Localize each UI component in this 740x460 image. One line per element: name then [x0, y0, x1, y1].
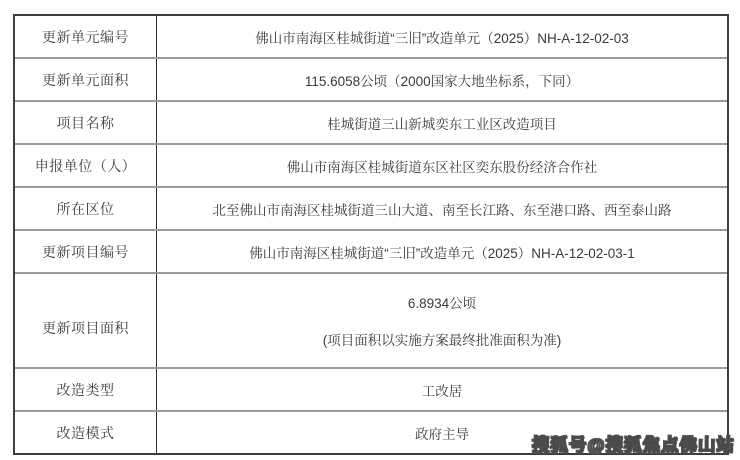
row-value-cell: 工改居 [157, 369, 727, 410]
row-value-cell: 6.8934公顷(项目面积以实施方案最终批准面积为准) [157, 274, 727, 367]
table-row: 更新单元面积115.6058公顷（2000国家大地坐标系，下同） [15, 57, 727, 100]
row-value-cell: 115.6058公顷（2000国家大地坐标系，下同） [157, 59, 727, 100]
row-value-cell: 佛山市南海区桂城街道“三旧”改造单元（2025）NH-A-12-02-03-1 [157, 231, 727, 272]
table-row: 项目名称桂城街道三山新城奕东工业区改造项目 [15, 100, 727, 143]
table-row: 更新项目编号佛山市南海区桂城街道“三旧”改造单元（2025）NH-A-12-02… [15, 229, 727, 272]
row-label-cell: 项目名称 [15, 102, 157, 143]
row-label-cell: 申报单位（人） [15, 145, 157, 186]
table-row: 更新单元编号佛山市南海区桂城街道“三旧”改造单元（2025）NH-A-12-02… [15, 16, 727, 57]
row-label-cell: 更新单元编号 [15, 16, 157, 57]
table-row: 改造类型工改居 [15, 367, 727, 410]
page-background: 更新单元编号佛山市南海区桂城街道“三旧”改造单元（2025）NH-A-12-02… [0, 0, 740, 460]
table-row: 所在区位北至佛山市南海区桂城街道三山大道、南至长江路、东至港口路、西至泰山路 [15, 186, 727, 229]
sohu-watermark: 搜狐号@搜狐焦点佛山站 [532, 432, 735, 457]
row-value-cell: 北至佛山市南海区桂城街道三山大道、南至长江路、东至港口路、西至泰山路 [157, 188, 727, 229]
row-value-line1: 6.8934公顷 [408, 292, 476, 312]
row-value-line2: (项目面积以实施方案最终批准面积为准) [323, 329, 562, 349]
row-label-cell: 更新项目编号 [15, 231, 157, 272]
row-value-cell: 佛山市南海区桂城街道“三旧”改造单元（2025）NH-A-12-02-03 [157, 16, 727, 57]
row-value-cell: 桂城街道三山新城奕东工业区改造项目 [157, 102, 727, 143]
table-row: 申报单位（人）佛山市南海区桂城街道东区社区奕东股份经济合作社 [15, 143, 727, 186]
row-value-cell: 佛山市南海区桂城街道东区社区奕东股份经济合作社 [157, 145, 727, 186]
row-label-cell: 改造类型 [15, 369, 157, 410]
project-info-table: 更新单元编号佛山市南海区桂城街道“三旧”改造单元（2025）NH-A-12-02… [13, 14, 729, 455]
row-label-cell: 所在区位 [15, 188, 157, 229]
table-row: 更新项目面积6.8934公顷(项目面积以实施方案最终批准面积为准) [15, 272, 727, 367]
row-label-cell: 更新单元面积 [15, 59, 157, 100]
row-label-cell: 改造模式 [15, 412, 157, 453]
row-label-cell: 更新项目面积 [15, 274, 157, 367]
